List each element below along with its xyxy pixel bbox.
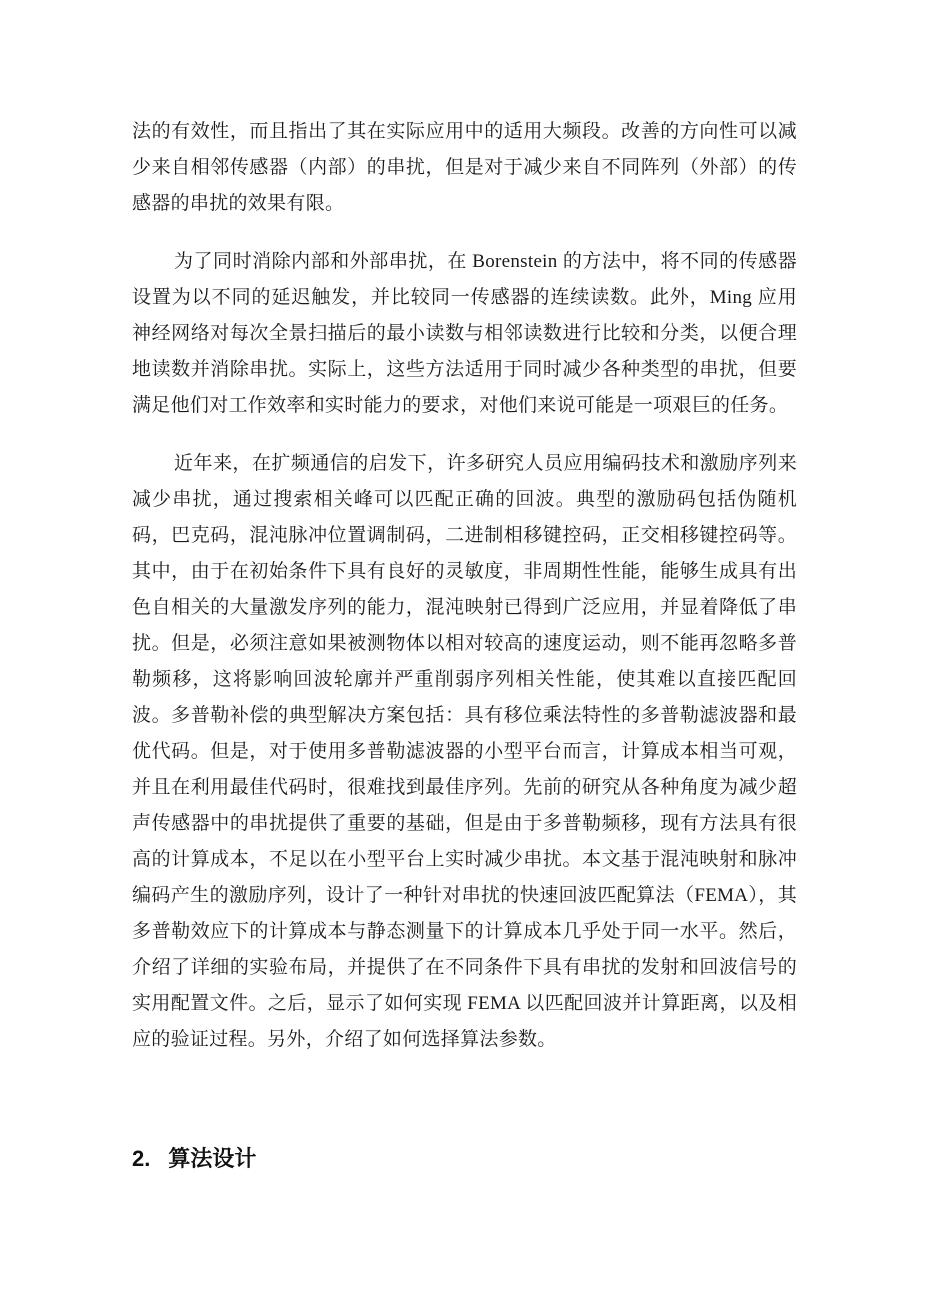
section-title: 算法设计 xyxy=(168,1143,256,1175)
section-number: 2. xyxy=(132,1143,150,1175)
document-page: 法的有效性，而且指出了其在实际应用中的适用大频段。改善的方向性可以减少来自相邻传… xyxy=(0,0,926,1309)
paragraph-borenstein-ming-methods: 为了同时消除内部和外部串扰，在 Borenstein 的方法中，将不同的传感器设… xyxy=(132,244,797,424)
paragraph-crosstalk-limits: 法的有效性，而且指出了其在实际应用中的适用大频段。改善的方向性可以减少来自相邻传… xyxy=(132,114,797,222)
paragraph-coding-techniques-fema: 近年来，在扩频通信的启发下，许多研究人员应用编码技术和激励序列来减少串扰，通过搜… xyxy=(132,446,797,1058)
section-heading: 2. 算法设计 xyxy=(132,1143,797,1175)
